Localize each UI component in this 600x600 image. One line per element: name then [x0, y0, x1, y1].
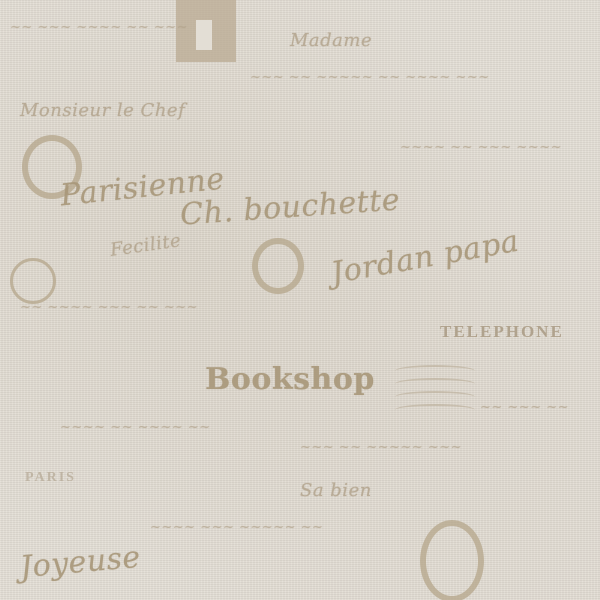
script-line: Bookshop — [205, 362, 375, 397]
script-filler: ~~~~ ~~~ ~~~~~ ~~ — [150, 520, 323, 535]
script-textile-texture: TELEPHONE PARIS Monsieur le Chef Parisie… — [0, 0, 600, 600]
script-filler: ~~ ~~~~ ~~~ ~~ ~~~ — [20, 300, 198, 315]
script-line: Madame — [290, 30, 372, 51]
seal-icon — [252, 238, 304, 294]
postmark-wave — [395, 404, 475, 416]
postmark-wave — [395, 365, 475, 377]
stamp-block-notch — [196, 20, 212, 50]
script-filler: ~~ ~~~ ~~ — [480, 400, 569, 415]
script-line: Joyeuse — [19, 540, 142, 585]
script-line: Sa bien — [300, 480, 372, 501]
postmark-wave — [395, 391, 475, 403]
script-line: Fecilite — [109, 230, 183, 261]
script-line: Monsieur le Chef — [20, 100, 185, 121]
script-filler: ~~~ ~~ ~~~~~ ~~ ~~~~ ~~~ — [250, 70, 490, 85]
telephone-stamp: TELEPHONE — [440, 322, 564, 342]
script-filler: ~~~~ ~~ ~~~ ~~~~ — [400, 140, 562, 155]
script-filler: ~~ ~~~ ~~~~ ~~ ~~~ — [10, 20, 188, 35]
script-line: Jordan papa — [328, 224, 521, 291]
paris-stamp: PARIS — [25, 470, 76, 486]
script-filler: ~~~~ ~~ ~~~~ ~~ — [60, 420, 211, 435]
seal-icon — [420, 520, 484, 600]
postmark-wave — [395, 378, 475, 390]
seal-icon — [10, 258, 56, 304]
script-filler: ~~~ ~~ ~~~~~ ~~~ — [300, 440, 462, 455]
